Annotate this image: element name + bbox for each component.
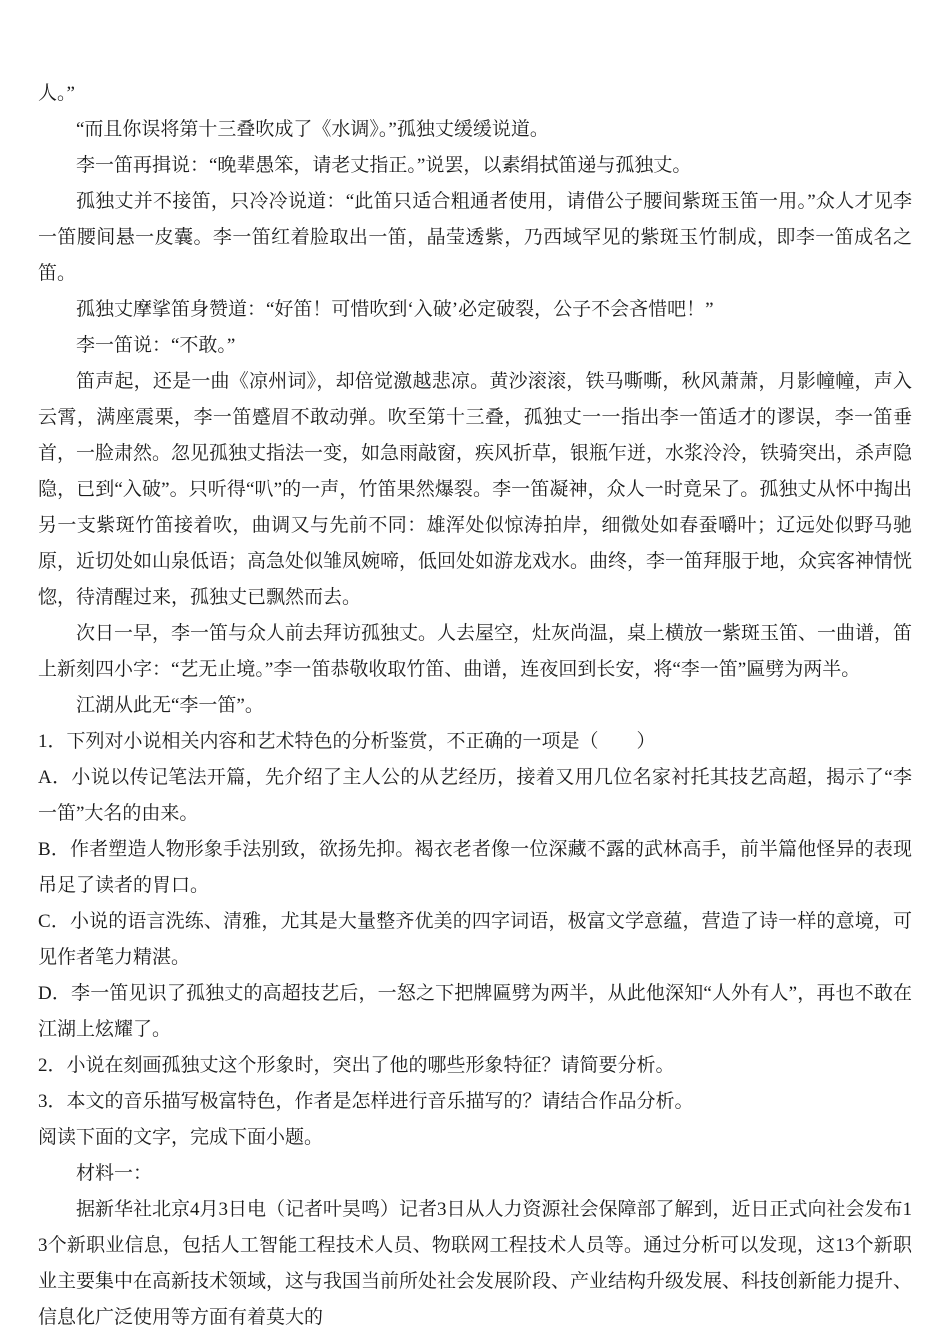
question-1-option-b: B．作者塑造人物形象手法别致，欲扬先抑。褐衣老者像一位深藏不露的武林高手，前半篇… xyxy=(38,832,912,904)
material-1-paragraph: 据新华社北京4月3日电（记者叶昊鸣）记者3日从人力资源社会保障部了解到，近日正式… xyxy=(38,1192,912,1336)
story-paragraph-4: 孤独丈摩挲笛身赞道：“好笛！可惜吹到‘入破’必定破裂，公子不会吝惜吧！” xyxy=(38,292,912,328)
story-paragraph-7: 次日一早，李一笛与众人前去拜访孤独丈。人去屋空，灶灰尚温，桌上横放一紫斑玉笛、一… xyxy=(38,616,912,688)
section-instruction: 阅读下面的文字，完成下面小题。 xyxy=(38,1120,912,1156)
question-1-stem: 1．下列对小说相关内容和艺术特色的分析鉴赏，不正确的一项是（ ） xyxy=(38,724,912,760)
story-paragraph-5: 李一笛说：“不敢。” xyxy=(38,328,912,364)
question-1-option-a: A．小说以传记笔法开篇，先介绍了主人公的从艺经历，接着又用几位名家衬托其技艺高超… xyxy=(38,760,912,832)
story-paragraph-1: “而且你误将第十三叠吹成了《水调》。”孤独丈缓缓说道。 xyxy=(38,112,912,148)
question-1-option-c: C．小说的语言洗练、清雅，尤其是大量整齐优美的四字词语，极富文学意蕴，营造了诗一… xyxy=(38,904,912,976)
story-paragraph-8: 江湖从此无“李一笛”。 xyxy=(38,688,912,724)
question-2: 2．小说在刻画孤独丈这个形象时，突出了他的哪些形象特征？请简要分析。 xyxy=(38,1048,912,1084)
story-paragraph-6: 笛声起，还是一曲《凉州词》，却倍觉激越悲凉。黄沙滚滚，铁马嘶嘶，秋风萧萧，月影幢… xyxy=(38,364,912,616)
story-continuation-line: 人。” xyxy=(38,76,912,112)
question-1-option-d: D．李一笛见识了孤独丈的高超技艺后，一怒之下把牌匾劈为两半，从此他深知“人外有人… xyxy=(38,976,912,1048)
exam-page: 人。” “而且你误将第十三叠吹成了《水调》。”孤独丈缓缓说道。 李一笛再揖说：“… xyxy=(0,0,950,1344)
story-paragraph-2: 李一笛再揖说：“晚辈愚笨，请老丈指正。”说罢，以素绢拭笛递与孤独丈。 xyxy=(38,148,912,184)
story-paragraph-3: 孤独丈并不接笛，只冷冷说道：“此笛只适合粗通者使用，请借公子腰间紫斑玉笛一用。”… xyxy=(38,184,912,292)
question-3: 3．本文的音乐描写极富特色，作者是怎样进行音乐描写的？请结合作品分析。 xyxy=(38,1084,912,1120)
material-1-heading: 材料一： xyxy=(38,1156,912,1192)
